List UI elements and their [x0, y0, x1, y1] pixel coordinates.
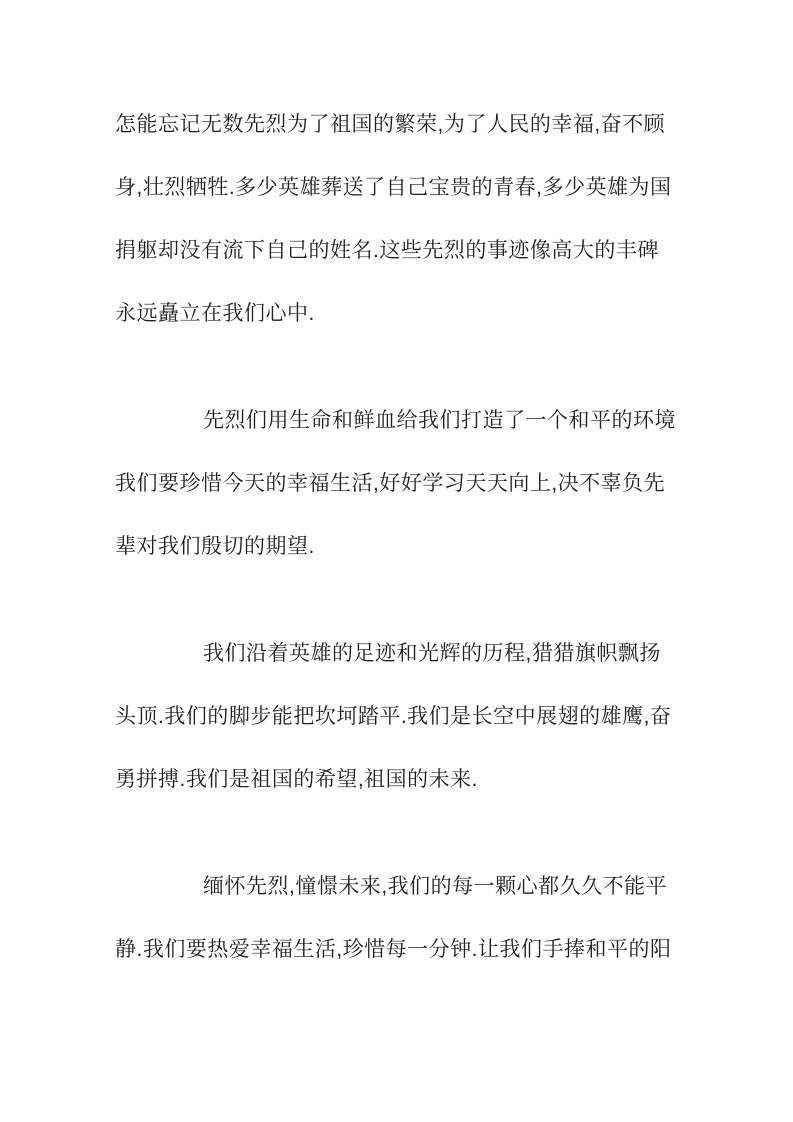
text-line: 我们沿着英雄的足迹和光辉的历程,猎猎旗帜飘扬	[115, 622, 682, 685]
text-line: 缅怀先烈,憧憬未来,我们的每一颗心都久久不能平	[115, 855, 682, 918]
text-line: 身,壮烈牺牲.多少英雄葬送了自己宝贵的青春,多少英雄为国	[115, 156, 682, 219]
paragraph: 我们沿着英雄的足迹和光辉的历程,猎猎旗帜飘扬头顶.我们的脚步能把坎坷踏平.我们是…	[115, 622, 682, 811]
text-line: 永远矗立在我们心中.	[115, 282, 682, 345]
document-page: 怎能忘记无数先烈为了祖国的繁荣,为了人民的幸福,奋不顾身,壮烈牺牲.多少英雄葬送…	[0, 0, 793, 1122]
text-line: 怎能忘记无数先烈为了祖国的繁荣,为了人民的幸福,奋不顾	[115, 93, 682, 156]
text-line: 捐躯却没有流下自己的姓名.这些先烈的事迹像高大的丰碑	[115, 219, 682, 282]
paragraph: 怎能忘记无数先烈为了祖国的繁荣,为了人民的幸福,奋不顾身,壮烈牺牲.多少英雄葬送…	[115, 93, 682, 345]
paragraph: 先烈们用生命和鲜血给我们打造了一个和平的环境我们要珍惜今天的幸福生活,好好学习天…	[115, 389, 682, 578]
text-line: 头顶.我们的脚步能把坎坷踏平.我们是长空中展翅的雄鹰,奋	[115, 685, 682, 748]
text-line: 我们要珍惜今天的幸福生活,好好学习天天向上,决不辜负先	[115, 452, 682, 515]
text-line: 辈对我们殷切的期望.	[115, 515, 682, 578]
text-line: 勇拼搏.我们是祖国的希望,祖国的未来.	[115, 748, 682, 811]
text-line: 先烈们用生命和鲜血给我们打造了一个和平的环境	[115, 389, 682, 452]
paragraph: 缅怀先烈,憧憬未来,我们的每一颗心都久久不能平静.我们要热爱幸福生活,珍惜每一分…	[115, 855, 682, 981]
document-body: 怎能忘记无数先烈为了祖国的繁荣,为了人民的幸福,奋不顾身,壮烈牺牲.多少英雄葬送…	[115, 93, 682, 981]
text-line: 静.我们要热爱幸福生活,珍惜每一分钟.让我们手捧和平的阳	[115, 918, 682, 981]
